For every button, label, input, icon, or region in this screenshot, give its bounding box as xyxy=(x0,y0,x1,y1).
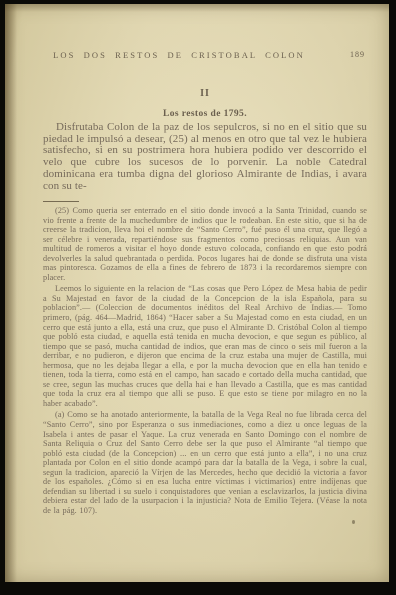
chapter-numeral: II xyxy=(43,88,367,99)
page-content: LOS DOS RESTOS DE CRISTOBAL COLON 189 II… xyxy=(43,4,367,582)
footnote-paragraph-3: (a) Como se ha anotado anteriormente, la… xyxy=(43,410,367,515)
book-page: LOS DOS RESTOS DE CRISTOBAL COLON 189 II… xyxy=(5,4,389,582)
page-number: 189 xyxy=(350,50,365,59)
scan-frame: LOS DOS RESTOS DE CRISTOBAL COLON 189 II… xyxy=(0,0,396,595)
page-header: LOS DOS RESTOS DE CRISTOBAL COLON 189 xyxy=(43,50,367,62)
scan-speck xyxy=(352,520,355,524)
footnote-paragraph-1: (25) Como queria ser enterrado en el sit… xyxy=(43,206,367,282)
running-title: LOS DOS RESTOS DE CRISTOBAL COLON xyxy=(43,50,367,60)
section-title: Los restos de 1795. xyxy=(43,109,367,119)
footnote-separator xyxy=(43,201,79,202)
footnotes-block: (25) Como queria ser enterrado en el sit… xyxy=(43,206,367,518)
body-paragraph: Disfrutaba Colon de la paz de los sepulc… xyxy=(43,122,367,192)
footnote-paragraph-2: Leemos lo siguiente en la relacion de “L… xyxy=(43,284,367,408)
